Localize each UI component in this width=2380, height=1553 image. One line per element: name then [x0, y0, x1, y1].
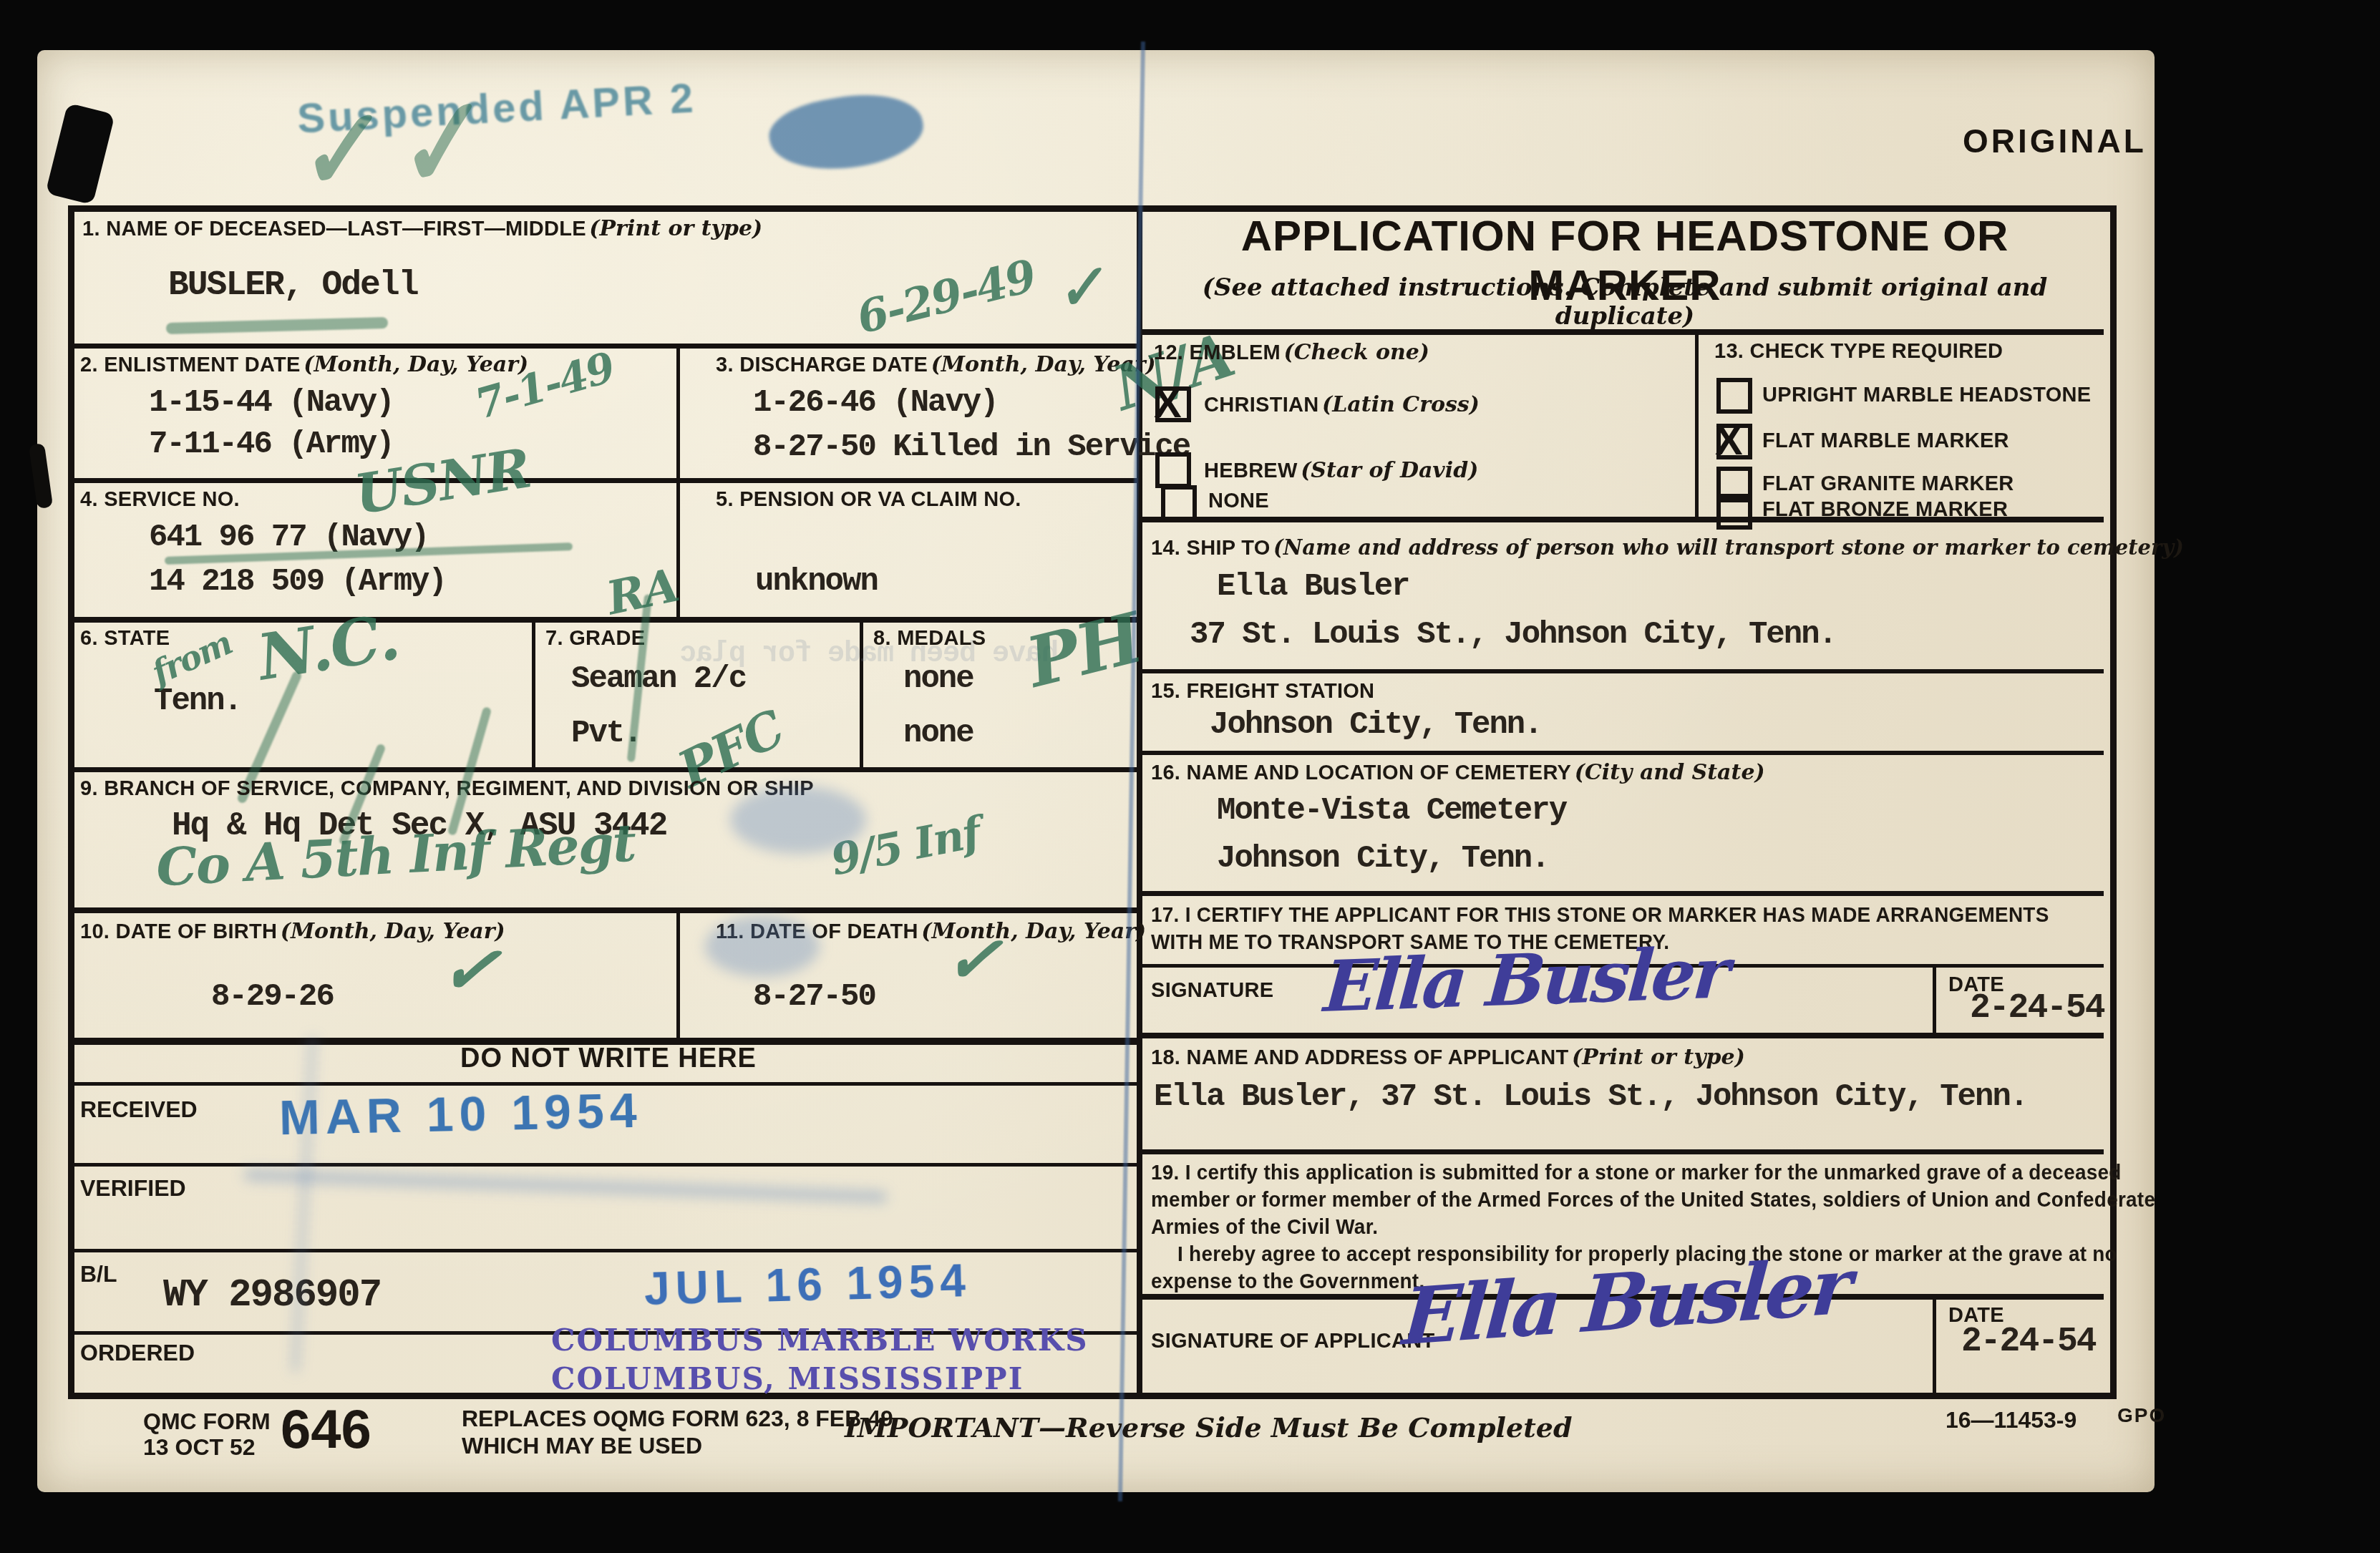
emblem-option-christian: CHRISTIAN (Latin Cross) — [1204, 392, 1480, 417]
label-text: 16. NAME AND LOCATION OF CEMETERY — [1151, 761, 1571, 784]
bl-number-value: WY 2986907 — [163, 1274, 381, 1318]
rule — [676, 344, 680, 622]
option-paren: (Star of David) — [1301, 458, 1478, 483]
field-cemetery-label: 16. NAME AND LOCATION OF CEMETERY (City … — [1151, 760, 1765, 785]
checkbox-hebrew — [1155, 452, 1191, 488]
green-check: ✓ — [942, 917, 1003, 1001]
certification-line1: 19. I certify this application is submit… — [1151, 1161, 2122, 1185]
received-label: RECEIVED — [80, 1096, 198, 1123]
type-option-upright-marble: UPRIGHT MARBLE HEADSTONE — [1762, 384, 2091, 407]
ship-to-name: Ella Busler — [1217, 569, 1409, 605]
label-paren: (Print or type) — [1572, 1045, 1745, 1070]
scanned-document-page: Suspended APR 2 ORIGINAL 1. NAME OF DECE… — [0, 0, 2380, 1553]
rule — [1142, 751, 2104, 755]
field-grade-label: 7. GRADE — [545, 627, 645, 651]
field-state-label: 6. STATE — [80, 627, 170, 651]
form-number: 646 — [281, 1398, 371, 1461]
label-text: 1. NAME OF DECEASED—LAST—FIRST—MIDDLE — [82, 218, 586, 240]
rule — [532, 617, 535, 767]
bl-label: B/L — [80, 1261, 117, 1287]
field-ship-to-label: 14. SHIP TO (Name and address of person … — [1151, 535, 2184, 560]
field-applicant-label: 18. NAME AND ADDRESS OF APPLICANT (Print… — [1151, 1045, 1745, 1070]
transporter-signature: Ella Busler — [1321, 932, 1730, 1028]
rule — [68, 478, 1140, 483]
rule — [1695, 329, 1699, 517]
field-freight-station-label: 15. FREIGHT STATION — [1151, 680, 1374, 704]
applicant-name-address: Ella Busler, 37 St. Louis St., Johnson C… — [1154, 1079, 2027, 1115]
rule — [1142, 1149, 2104, 1154]
pension-claim-value: unknown — [755, 564, 878, 600]
rule — [68, 767, 1140, 772]
rule — [1142, 891, 2104, 896]
verified-label: VERIFIED — [80, 1175, 186, 1202]
form-id-line2: 13 OCT 52 — [143, 1434, 256, 1461]
rule — [68, 617, 1140, 623]
certification-line2: member or former member of the Armed For… — [1151, 1188, 2155, 1212]
service-no-army: 14 218 509 (Army) — [149, 564, 446, 600]
emblem-option-hebrew: HEBREW (Star of David) — [1204, 458, 1478, 483]
type-option-flat-bronze: FLAT BRONZE MARKER — [1762, 498, 2008, 522]
rule — [68, 1249, 1140, 1252]
label-paren: (Month, Day, Year) — [303, 352, 528, 377]
rule — [68, 1163, 1140, 1167]
field-branch-of-service-label: 9. BRANCH OF SERVICE, COMPANY, REGIMENT,… — [80, 777, 814, 801]
rule — [1142, 1033, 2104, 1038]
cemetery-location: Johnson City, Tenn. — [1217, 841, 1549, 877]
checkbox-flat-marble: X — [1716, 424, 1752, 459]
received-date-stamp: MAR 10 1954 — [278, 1083, 643, 1147]
enlistment-date-navy: 1-15-44 (Navy) — [149, 385, 394, 421]
form-id-line1: QMC FORM — [143, 1408, 271, 1435]
field-discharge-date-label: 3. DISCHARGE DATE (Month, Day, Year) — [716, 352, 1156, 377]
label-paren: (Print or type) — [589, 216, 762, 241]
label-text: 18. NAME AND ADDRESS OF APPLICANT — [1151, 1046, 1569, 1069]
blue-smudge — [705, 916, 820, 977]
date-of-birth-value: 8-29-26 — [211, 979, 334, 1015]
rule — [1933, 1294, 1936, 1393]
certification-line5: expense to the Government. — [1151, 1270, 1424, 1294]
applicant-date-value: 2-24-54 — [1961, 1323, 2096, 1361]
option-paren: (Latin Cross) — [1322, 392, 1480, 417]
print-code: 16—11453-9 — [1946, 1407, 2077, 1433]
field-emblem-label: 12. EMBLEM (Check one) — [1154, 340, 1429, 365]
ship-to-address: 37 St. Louis St., Johnson City, Tenn. — [1190, 617, 1836, 653]
emblem-option-none: NONE — [1208, 490, 1269, 513]
transport-date-value: 2-24-54 — [1970, 989, 2104, 1028]
type-option-flat-marble: FLAT MARBLE MARKER — [1762, 429, 2009, 453]
option-label: CHRISTIAN — [1204, 394, 1319, 417]
label-text: 2. ENLISTMENT DATE — [80, 354, 301, 376]
gpo-mark: GPO — [2117, 1404, 2166, 1427]
signature-of-applicant-label: SIGNATURE OF APPLICANT — [1151, 1330, 1435, 1353]
rule — [1142, 669, 2104, 673]
discharge-date-army: 8-27-50 Killed in Service — [753, 429, 1190, 465]
type-option-flat-granite: FLAT GRANITE MARKER — [1762, 472, 2014, 496]
do-not-write-title: DO NOT WRITE HERE — [215, 1043, 1002, 1074]
label-paren: (City and State) — [1575, 760, 1765, 785]
checkbox-mark: X — [1715, 417, 1743, 464]
checkbox-none — [1161, 485, 1197, 521]
cemetery-name: Monte-Vista Cemetery — [1217, 793, 1566, 829]
green-check: ✓ — [1051, 251, 1107, 324]
label-text: 14. SHIP TO — [1151, 537, 1271, 560]
blue-smudge — [730, 786, 866, 854]
label-paren: (Name and address of person who will tra… — [1273, 535, 2184, 560]
ordered-label: ORDERED — [80, 1340, 195, 1366]
medals-line2: none — [903, 716, 973, 751]
checkbox-upright-marble — [1716, 378, 1752, 414]
signature-label: SIGNATURE — [1151, 979, 1273, 1003]
certification-line3: Armies of the Civil War. — [1151, 1215, 1378, 1240]
field-pension-claim-label: 5. PENSION OR VA CLAIM NO. — [716, 488, 1021, 512]
freight-station-value: Johnson City, Tenn. — [1210, 707, 1542, 743]
replaces-line2: WHICH MAY BE USED — [462, 1433, 702, 1459]
rule — [1933, 964, 1936, 1033]
deceased-name-value: BUSLER, Odell — [168, 266, 417, 305]
date-of-death-value: 8-27-50 — [753, 979, 875, 1015]
label-text: 10. DATE OF BIRTH — [80, 920, 277, 943]
grade-navy: Seaman 2/c — [571, 661, 746, 697]
checkbox-mark: X — [1154, 379, 1182, 427]
field-date-of-birth-label: 10. DATE OF BIRTH (Month, Day, Year) — [80, 919, 505, 944]
label-paren: (Check one) — [1283, 340, 1429, 365]
rule — [68, 907, 1140, 913]
medals-line1: none — [903, 661, 973, 697]
field-service-no-label: 4. SERVICE NO. — [80, 488, 240, 512]
label-text: 12. EMBLEM — [1154, 341, 1281, 364]
replaces-line1: REPLACES OQMG FORM 623, 8 FEB 49 — [462, 1406, 893, 1432]
field-check-type-label: 13. CHECK TYPE REQUIRED — [1714, 340, 2003, 364]
important-note: IMPORTANT—Reverse Side Must Be Completed — [845, 1411, 1572, 1444]
green-check: ✓ — [436, 924, 503, 1014]
bl-date-stamp: JUL 16 1954 — [643, 1254, 972, 1315]
original-label: ORIGINAL — [1963, 122, 2147, 160]
discharge-date-navy: 1-26-46 (Navy) — [753, 385, 998, 421]
field-medals-label: 8. MEDALS — [873, 627, 986, 651]
label-text: 3. DISCHARGE DATE — [716, 354, 928, 376]
field-enlistment-date-label: 2. ENLISTMENT DATE (Month, Day, Year) — [80, 352, 528, 377]
ordered-vendor-stamp-line2: COLUMBUS, MISSISSIPPI — [551, 1361, 1024, 1396]
ordered-vendor-stamp-line1: COLUMBUS MARBLE WORKS — [551, 1323, 1089, 1358]
option-label: HEBREW — [1204, 459, 1298, 482]
form-subtitle: (See attached instructions. Complete and… — [1145, 273, 2104, 331]
certify-transport-line1: 17. I CERTIFY THE APPLICANT FOR THIS STO… — [1151, 903, 2049, 928]
field-name-of-deceased-label: 1. NAME OF DECEASED—LAST—FIRST—MIDDLE (P… — [82, 216, 762, 241]
enlistment-date-army: 7-11-46 (Army) — [149, 427, 394, 462]
checkbox-christian: X — [1155, 386, 1191, 422]
rule — [676, 907, 680, 1040]
checkbox-flat-bronze — [1716, 494, 1752, 530]
